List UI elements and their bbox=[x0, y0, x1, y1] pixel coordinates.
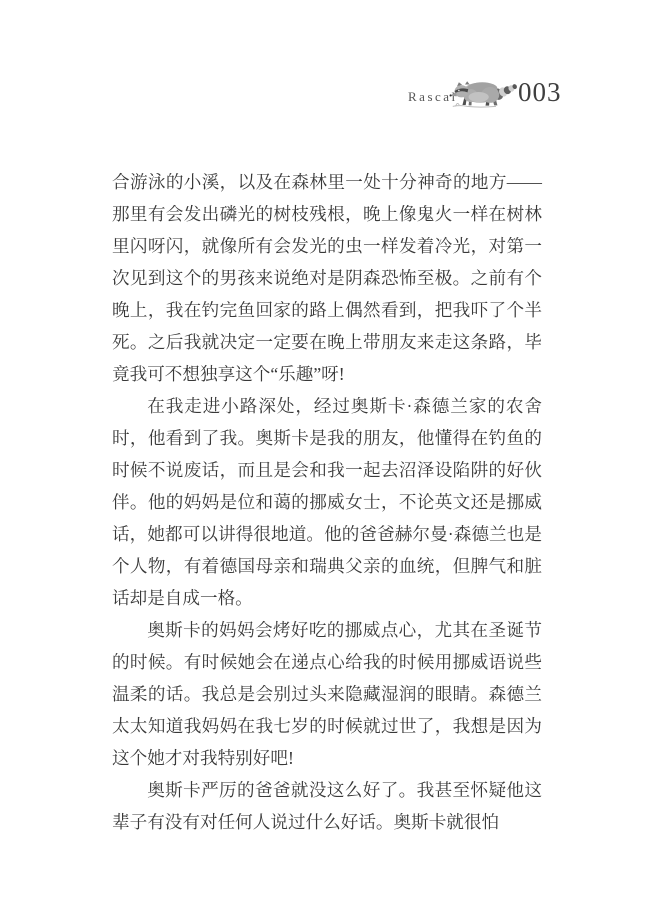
paragraph: 在我走进小路深处，经过奥斯卡·森德兰家的农舍时，他看到了我。奥斯卡是我的朋友，他… bbox=[112, 390, 542, 614]
page-number: 003 bbox=[518, 77, 562, 108]
book-page: Rascal bbox=[0, 0, 650, 908]
paragraph: 奥斯卡严厉的爸爸就没这么好了。我甚至怀疑他这辈子有没有对任何人说过什么好话。奥斯… bbox=[112, 774, 542, 838]
running-header: Rascal bbox=[405, 72, 557, 114]
paragraph: 奥斯卡的妈妈会烤好吃的挪威点心，尤其在圣诞节的时候。有时候她会在递点心给我的时候… bbox=[112, 614, 542, 774]
body-text: 合游泳的小溪，以及在森林里一处十分神奇的地方——那里有会发出磷光的树枝残根，晚上… bbox=[112, 166, 542, 838]
paragraph: 合游泳的小溪，以及在森林里一处十分神奇的地方——那里有会发出磷光的树枝残根，晚上… bbox=[112, 166, 542, 390]
raccoon-illustration-icon bbox=[447, 74, 519, 110]
